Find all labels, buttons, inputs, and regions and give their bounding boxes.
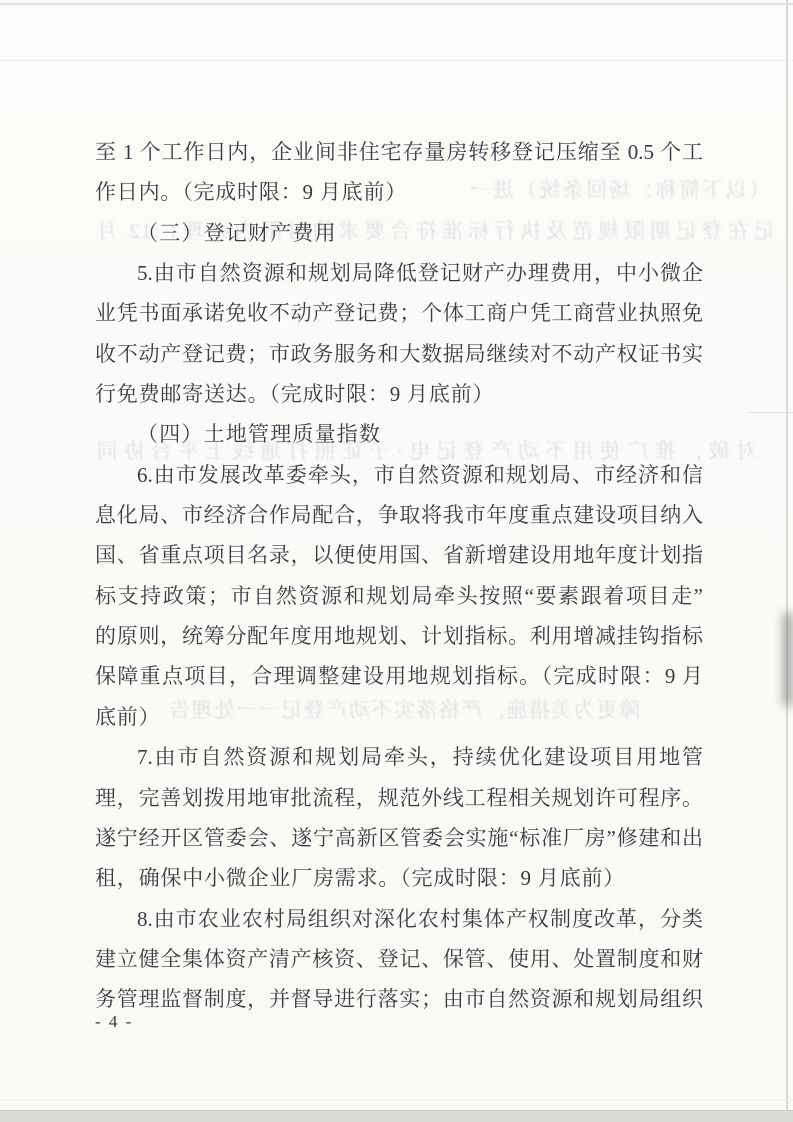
scan-right-edge-line (786, 0, 788, 1122)
scan-bottom-faint-line (0, 1099, 793, 1100)
section-heading: （四）土地管理质量指数 (95, 414, 703, 454)
text-line: 建立健全集体资产清产核资、登记、保管、使用、处置制度和财 (95, 939, 703, 979)
text-line: 行免费邮寄送达。（完成时限：9 月底前） (95, 374, 703, 414)
text-line: 务管理监督制度，并督导进行落实；由市自然资源和规划局组织 (95, 979, 703, 1019)
page-number: - 4 - (95, 1012, 133, 1032)
scan-bottom-edge-band (0, 1110, 793, 1122)
text-line: 底前） (95, 697, 703, 737)
scan-top-faint-line (0, 60, 793, 61)
text-line: 6.由市发展改革委牵头，市自然资源和规划局、市经济和信 (95, 455, 703, 495)
text-line: 作日内。（完成时限：9 月底前） (95, 172, 703, 212)
text-line: 租，确保中小微企业厂房需求。（完成时限：9 月底前） (95, 858, 703, 898)
section-heading: （三）登记财产费用 (95, 213, 703, 253)
scanned-page: （以下简称：场回条统）进一记在登记期限规范及执行标准符合要求的时限内办理：12 … (0, 0, 793, 1122)
text-line: 的原则，统筹分配年度用地规划、计划指标。利用增减挂钩指标 (95, 616, 703, 656)
scan-top-edge-line (0, 3, 793, 5)
text-line: 至 1 个工作日内，企业间非住宅存量房转移登记压缩至 0.5 个工 (95, 132, 703, 172)
text-line: 遂宁经开区管委会、遂宁高新区管委会实施“标准厂房”修建和出 (95, 818, 703, 858)
text-line: 理，完善划拨用地审批流程，规范外线工程相关规划许可程序。 (95, 778, 703, 818)
text-line: 标支持政策；市自然资源和规划局牵头按照“要素跟着项目走” (95, 576, 703, 616)
text-line: 保障重点项目，合理调整建设用地规划指标。（完成时限：9 月 (95, 656, 703, 696)
text-line: 收不动产登记费；市政务服务和大数据局继续对不动产权证书实 (95, 334, 703, 374)
scan-right-edge-smudge (783, 612, 793, 707)
text-line: 5.由市自然资源和规划局降低登记财产办理费用，中小微企 (95, 253, 703, 293)
text-line: 8.由市农业农村局组织对深化农村集体产权制度改革，分类 (95, 899, 703, 939)
text-line: 7.由市自然资源和规划局牵头，持续优化建设项目用地管 (95, 737, 703, 777)
text-line: 业凭书面承诺免收不动产登记费；个体工商户凭工商营业执照免 (95, 293, 703, 333)
document-body: 至 1 个工作日内，企业间非住宅存量房转移登记压缩至 0.5 个工作日内。（完成… (95, 132, 703, 1020)
text-line: 息化局、市经济合作局配合，争取将我市年度重点建设项目纳入 (95, 495, 703, 535)
text-line: 国、省重点项目名录，以便使用国、省新增建设用地年度计划指 (95, 535, 703, 575)
